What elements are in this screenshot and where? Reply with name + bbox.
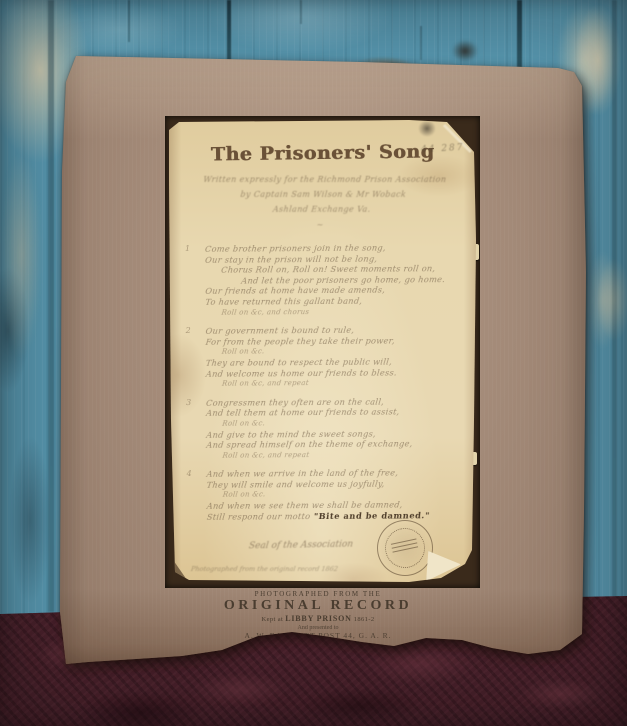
dedication-line: Written expressly for the Richmond Priso… bbox=[171, 172, 480, 187]
ink-smudge bbox=[418, 120, 436, 137]
verse-line: Roll on &c, and repeat bbox=[185, 377, 470, 390]
wood-knot bbox=[452, 40, 478, 62]
paint-crack bbox=[420, 26, 422, 60]
verse-line: Roll on &c, and repeat bbox=[186, 449, 471, 462]
verses: 1Come brother prisoners join in the song… bbox=[185, 242, 471, 530]
caption-libby-prison: LIBBY PRISON bbox=[285, 614, 351, 623]
caption-kept-at: Kept at bbox=[261, 616, 285, 623]
document-window: The Prisoners' Song Written expressly fo… bbox=[165, 116, 480, 588]
plank-gap bbox=[48, 0, 54, 612]
faint-inscription: Photographed from the original record 18… bbox=[190, 565, 371, 573]
curled-corner bbox=[424, 549, 462, 581]
song-sheet: The Prisoners' Song Written expressly fo… bbox=[169, 120, 476, 584]
mat-board: The Prisoners' Song Written expressly fo… bbox=[60, 52, 588, 676]
verse: 4And when we arrive in the land of the f… bbox=[187, 467, 471, 522]
photograph: The Prisoners' Song Written expressly fo… bbox=[0, 0, 627, 726]
dedication-line: ~ bbox=[166, 217, 475, 232]
dedication: Written expressly for the Richmond Priso… bbox=[166, 172, 479, 232]
paint-crack bbox=[128, 0, 130, 42]
plank-gap bbox=[227, 0, 231, 62]
corner-shadow bbox=[169, 554, 187, 580]
paint-chip bbox=[586, 250, 620, 350]
caption-line-3: Kept at LIBBY PRISON 1861-2 bbox=[178, 613, 458, 625]
caption-dates: 1861-2 bbox=[352, 616, 375, 623]
caption-line-2: ORIGINAL RECORD bbox=[178, 599, 458, 613]
paint-crack bbox=[300, 0, 302, 24]
verse-line: Still respond our motto "Bite and be dam… bbox=[186, 510, 471, 523]
verse: 1Come brother prisoners join in the song… bbox=[185, 242, 470, 318]
verse-line: Roll on &c, and chorus bbox=[185, 306, 470, 319]
verse: 3Congressmen they often are on the call,… bbox=[186, 396, 470, 462]
dedication-line: Ashland Exchange Va. bbox=[167, 202, 476, 217]
verse: 2Our government is bound to rule,For fro… bbox=[186, 324, 470, 390]
paint-chip bbox=[0, 150, 42, 360]
motto-text: "Bite and be damned." bbox=[310, 510, 431, 521]
plank-gap bbox=[517, 0, 522, 72]
dedication-line: by Captain Sam Wilson & Mr Woback bbox=[169, 187, 478, 202]
